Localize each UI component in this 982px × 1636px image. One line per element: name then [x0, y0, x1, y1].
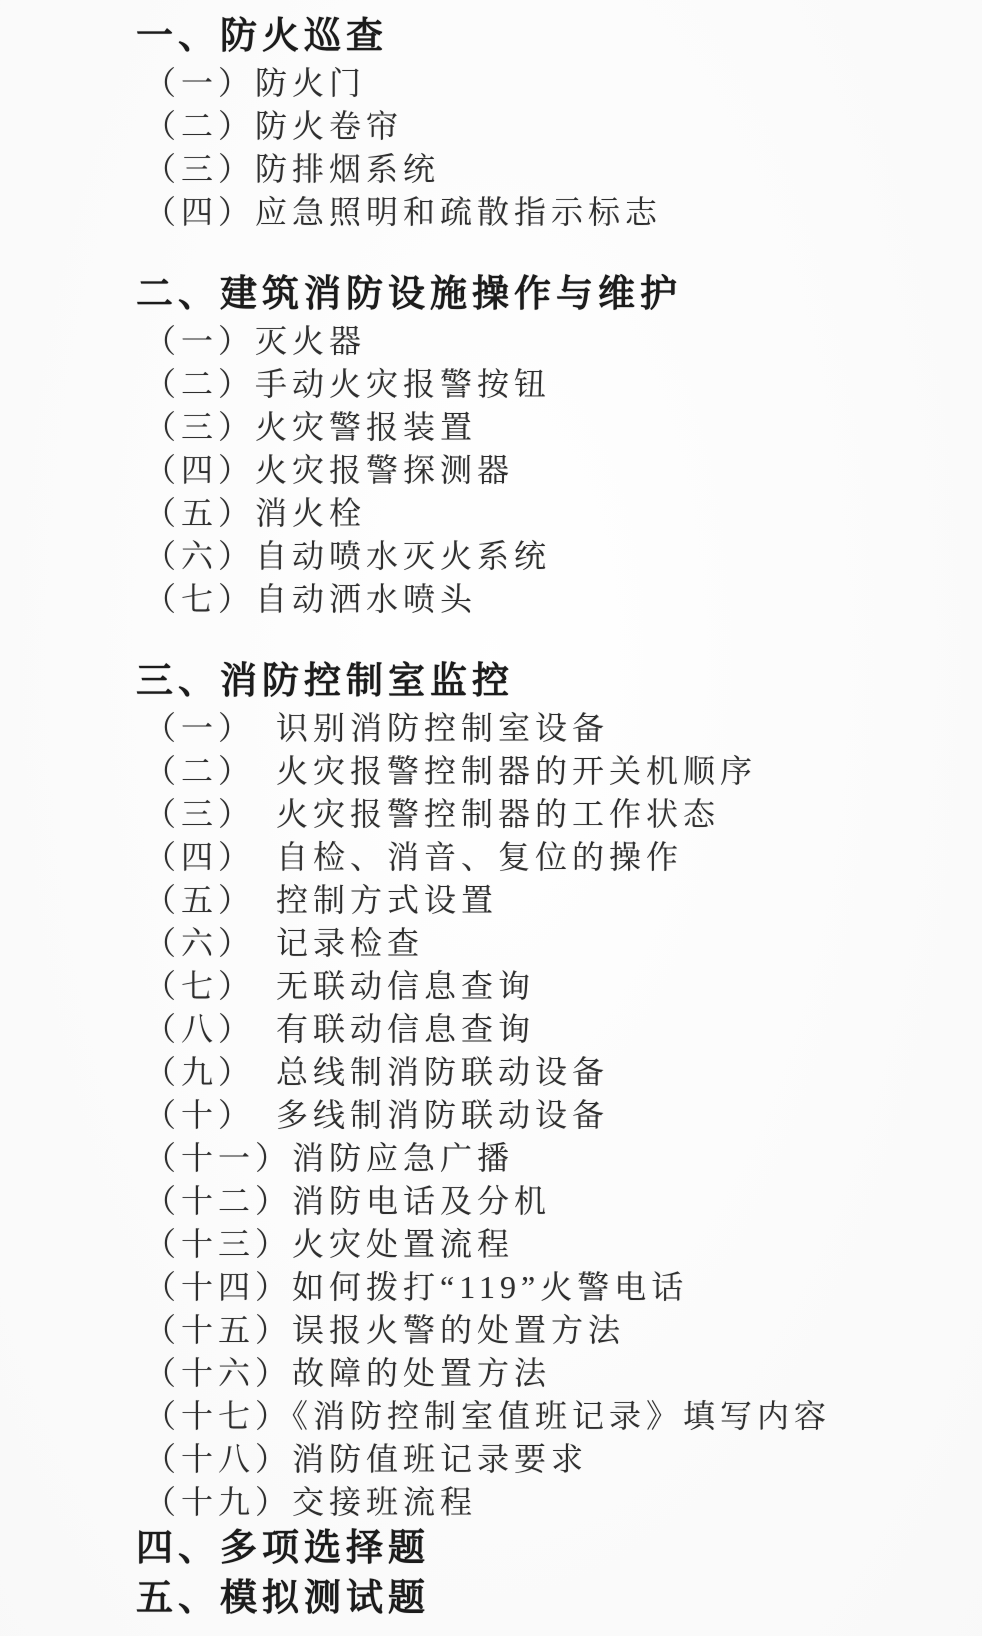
toc-item: （三）防排烟系统 [144, 148, 942, 191]
toc-item: （十九）交接班流程 [144, 1481, 942, 1524]
toc-item: （三）火灾警报装置 [144, 406, 942, 449]
toc-item: （一）防火门 [144, 62, 942, 105]
toc-item: （二） 火灾报警控制器的开关机顺序 [144, 750, 942, 793]
toc-item: （七）自动洒水喷头 [144, 578, 942, 621]
toc-item: （八） 有联动信息查询 [144, 1008, 942, 1051]
toc-item: （十一）消防应急广播 [144, 1137, 942, 1180]
toc-section-facility-operation: 二、建筑消防设施操作与维护 （一）灭火器 （二）手动火灾报警按钮 （三）火灾警报… [136, 270, 942, 621]
toc-section-fire-patrol: 一、防火巡查 （一）防火门 （二）防火卷帘 （三）防排烟系统 （四）应急照明和疏… [136, 12, 942, 234]
section-heading: 二、建筑消防设施操作与维护 [136, 270, 942, 320]
toc-item: （三） 火灾报警控制器的工作状态 [144, 793, 942, 836]
toc-item: （十八）消防值班记录要求 [144, 1438, 942, 1481]
toc-item: （十六）故障的处置方法 [144, 1352, 942, 1395]
toc-item: （十五）误报火警的处置方法 [144, 1309, 942, 1352]
toc-item: （一） 识别消防控制室设备 [144, 707, 942, 750]
toc-item: （六） 记录检查 [144, 922, 942, 965]
toc-item: （九） 总线制消防联动设备 [144, 1051, 942, 1094]
toc-item: （二）手动火灾报警按钮 [144, 363, 942, 406]
toc-item: （十七）《消防控制室值班记录》填写内容 [144, 1395, 942, 1438]
toc-item: （四） 自检、消音、复位的操作 [144, 836, 942, 879]
toc-item: （一）灭火器 [144, 320, 942, 363]
toc-item: （五） 控制方式设置 [144, 879, 942, 922]
section-heading: 五、模拟测试题 [136, 1574, 942, 1624]
toc-item: （五）消火栓 [144, 492, 942, 535]
section-heading: 三、消防控制室监控 [136, 657, 942, 707]
toc-item: （七） 无联动信息查询 [144, 965, 942, 1008]
section-heading: 四、多项选择题 [136, 1524, 942, 1574]
toc-section-mock-test: 五、模拟测试题 [136, 1574, 942, 1624]
toc-item: （四）应急照明和疏散指示标志 [144, 191, 942, 234]
toc-item: （十） 多线制消防联动设备 [144, 1094, 942, 1137]
toc-item: （四）火灾报警探测器 [144, 449, 942, 492]
toc-section-multiple-choice: 四、多项选择题 [136, 1524, 942, 1574]
toc-item: （十四）如何拨打“119”火警电话 [144, 1266, 942, 1309]
toc-item: （十二）消防电话及分机 [144, 1180, 942, 1223]
toc-item: （十三）火灾处置流程 [144, 1223, 942, 1266]
toc-item: （二）防火卷帘 [144, 105, 942, 148]
toc-section-control-room-monitoring: 三、消防控制室监控 （一） 识别消防控制室设备 （二） 火灾报警控制器的开关机顺… [136, 657, 942, 1524]
document-page: 一、防火巡查 （一）防火门 （二）防火卷帘 （三）防排烟系统 （四）应急照明和疏… [0, 0, 982, 1636]
toc-item: （六）自动喷水灭火系统 [144, 535, 942, 578]
section-heading: 一、防火巡查 [136, 12, 942, 62]
